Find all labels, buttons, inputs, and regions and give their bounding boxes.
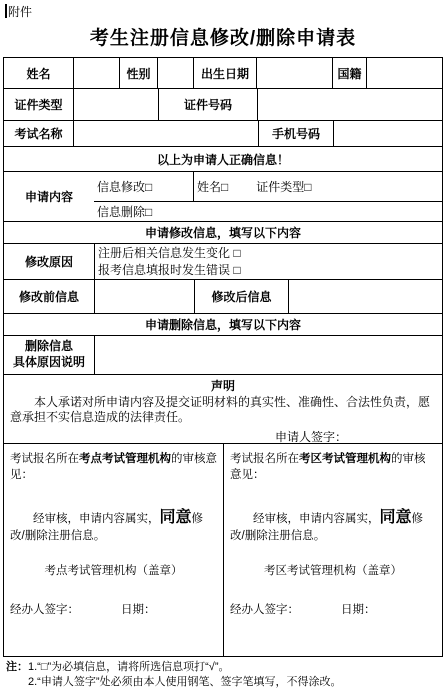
option-info-modify-checkbox[interactable]: 信息修改□	[94, 172, 193, 201]
district-seal-line: 考区考试管理机构（盖章）	[230, 564, 436, 580]
row-before-after: 修改前信息 修改后信息	[4, 279, 442, 313]
district-opinion-prefix: 考试报名所在	[230, 453, 299, 465]
site-opinion-prefix: 考试报名所在	[10, 453, 79, 465]
exam-name-value-cell[interactable]	[73, 121, 258, 146]
reason-option1-checkbox[interactable]: 注册后相关信息发生变化 □	[98, 245, 241, 261]
attachment-line: 附件	[0, 0, 446, 19]
district-review-statement: 经审核，申请内容属实，同意修改/删除注册信息。	[230, 507, 436, 544]
delete-banner: 申请删除信息，填写以下内容	[4, 314, 442, 335]
row-delete-banner: 申请删除信息，填写以下内容	[4, 313, 442, 335]
row-declaration: 声明 本人承诺对所申请内容及提交证明材料的真实性、准确性、合法性负责，愿意承担不…	[4, 374, 442, 443]
row-correct-info-banner: 以上为申请人正确信息！	[4, 146, 442, 171]
gender-value-cell[interactable]	[157, 58, 193, 88]
row-modify-banner: 申请修改信息，填写以下内容	[4, 221, 442, 243]
district-org-name: 考区考试管理机构	[299, 453, 391, 465]
modify-option-row: 信息修改□ 姓名□ 证件类型□	[94, 172, 442, 201]
mobile-value-cell[interactable]	[333, 121, 442, 146]
after-info-label: 修改后信息	[194, 280, 288, 313]
delete-option-row: 信息删除□	[94, 201, 442, 221]
delete-reason-label-line2: 具体原因说明	[13, 355, 85, 371]
apply-content-label: 申请内容	[4, 172, 94, 221]
correct-info-banner: 以上为申请人正确信息！	[4, 147, 442, 171]
site-handler-signature-label[interactable]: 经办人签字：	[10, 603, 79, 619]
id-type-value-cell[interactable]	[73, 89, 158, 120]
delete-reason-value-cell[interactable]	[94, 336, 442, 374]
site-agree-text: 同意	[160, 509, 192, 526]
approval-site-column: 考试报名所在考点考试管理机构的审核意见： 经审核，申请内容属实，同意修改/删除注…	[4, 444, 223, 656]
id-number-value-cell[interactable]	[257, 89, 442, 120]
reason-option2-checkbox[interactable]: 报考信息填报时发生错误 □	[98, 262, 241, 278]
application-form-table: 姓名 性别 出生日期 国籍 证件类型 证件号码 考试名称 手机号码 以上为申请人…	[3, 57, 443, 657]
gender-label: 性别	[119, 58, 157, 88]
row-exam: 考试名称 手机号码	[4, 120, 442, 146]
row-personal-2: 证件类型 证件号码	[4, 88, 442, 120]
footnote-1-text: 1.“□”为必填信息，请将所选信息项打“√”。	[28, 660, 230, 675]
footnote-1: 注： 1.“□”为必填信息，请将所选信息项打“√”。	[6, 660, 446, 675]
district-handler-signature-label[interactable]: 经办人签字：	[230, 603, 299, 619]
apply-content-options: 信息修改□ 姓名□ 证件类型□ 信息删除□	[94, 172, 442, 221]
row-apply-content: 申请内容 信息修改□ 姓名□ 证件类型□ 信息删除□	[4, 171, 442, 221]
district-agree-text: 同意	[380, 509, 412, 526]
footnotes: 注： 1.“□”为必填信息，请将所选信息项打“√”。 2.“申请人签字”处必须由…	[6, 660, 446, 690]
modify-reason-label: 修改原因	[4, 244, 94, 279]
modify-reason-options: 注册后相关信息发生变化 □ 报考信息填报时发生错误 □	[94, 244, 442, 279]
option-info-delete-checkbox[interactable]: 信息删除□	[94, 202, 442, 221]
birth-date-value-cell[interactable]	[256, 58, 332, 88]
option-id-type-checkbox[interactable]: 证件类型□	[256, 178, 311, 195]
row-approval: 考试报名所在考点考试管理机构的审核意见： 经审核，申请内容属实，同意修改/删除注…	[4, 443, 442, 656]
district-handler-line: 经办人签字： 日期：	[230, 603, 436, 619]
site-date-label[interactable]: 日期：	[121, 603, 156, 619]
modify-banner: 申请修改信息，填写以下内容	[4, 222, 442, 243]
approval-district-column: 考试报名所在考区考试管理机构的审核意见： 经审核，申请内容属实，同意修改/删除注…	[223, 444, 442, 656]
site-review-statement: 经审核，申请内容属实，同意修改/删除注册信息。	[10, 507, 217, 544]
site-org-name: 考点考试管理机构	[79, 453, 171, 465]
id-number-label: 证件号码	[158, 89, 257, 120]
attachment-label: 附件	[8, 3, 32, 20]
text-cursor	[5, 4, 7, 18]
footnote-2: 2.“申请人签字”处必须由本人使用钢笔、签字笔填写，不得涂改。	[6, 675, 446, 690]
document-page: 附件 考生注册信息修改/删除申请表 姓名 性别 出生日期 国籍 证件类型 证件号…	[0, 0, 446, 690]
before-info-value-cell[interactable]	[94, 280, 194, 313]
row-modify-reason: 修改原因 注册后相关信息发生变化 □ 报考信息填报时发生错误 □	[4, 243, 442, 279]
nationality-value-cell[interactable]	[366, 58, 442, 88]
row-personal-1: 姓名 性别 出生日期 国籍	[4, 58, 442, 88]
after-info-value-cell[interactable]	[288, 280, 442, 313]
option-name-checkbox[interactable]: 姓名□	[197, 178, 228, 195]
id-type-label: 证件类型	[4, 89, 73, 120]
modify-sub-options: 姓名□ 证件类型□	[193, 172, 442, 201]
name-label: 姓名	[4, 58, 73, 88]
birth-date-label: 出生日期	[193, 58, 256, 88]
declaration-body: 本人承诺对所申请内容及提交证明材料的真实性、准确性、合法性负责，愿意承担不实信息…	[10, 395, 436, 425]
district-date-label[interactable]: 日期：	[341, 603, 376, 619]
row-delete-reason: 删除信息 具体原因说明	[4, 335, 442, 374]
exam-name-label: 考试名称	[4, 121, 73, 146]
site-seal-line: 考点考试管理机构（盖章）	[10, 564, 217, 580]
name-value-cell[interactable]	[73, 58, 119, 88]
district-opinion-heading: 考试报名所在考区考试管理机构的审核意见：	[230, 452, 436, 483]
delete-reason-label: 删除信息 具体原因说明	[4, 336, 94, 374]
mobile-label: 手机号码	[258, 121, 333, 146]
site-opinion-heading: 考试报名所在考点考试管理机构的审核意见：	[10, 452, 217, 483]
site-handler-line: 经办人签字： 日期：	[10, 603, 217, 619]
site-review-prefix: 经审核，申请内容属实，	[33, 513, 160, 525]
delete-reason-label-line1: 删除信息	[25, 339, 73, 355]
before-info-label: 修改前信息	[4, 280, 94, 313]
footnote-label: 注：	[6, 660, 28, 675]
page-title: 考生注册信息修改/删除申请表	[0, 23, 446, 50]
nationality-label: 国籍	[332, 58, 366, 88]
district-review-prefix: 经审核，申请内容属实，	[253, 513, 380, 525]
declaration-title: 声明	[10, 377, 436, 394]
